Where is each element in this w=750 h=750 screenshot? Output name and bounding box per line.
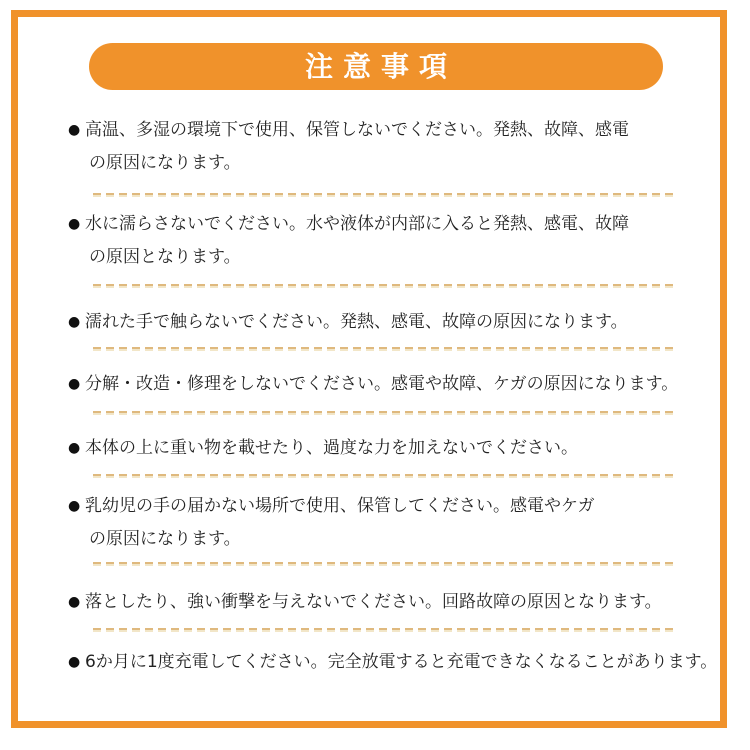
dashed-divider (93, 193, 675, 197)
caution-text-line-2: の原因になります。 (85, 523, 726, 556)
caution-item: ● 本体の上に重い物を載せたり、過度な力を加えないでください。 (68, 432, 726, 465)
dashed-divider (93, 474, 675, 478)
bullet-icon: ● (68, 586, 85, 619)
caution-item: ● 濡れた手で触らないでください。発熱、感電、故障の原因になります。 (68, 306, 726, 339)
page-title: 注意事項 (295, 53, 457, 81)
caution-item: ● 乳幼児の手の届かない場所で使用、保管してください。感電やケガ の原因になりま… (68, 490, 726, 556)
dashed-divider (93, 284, 675, 288)
caution-item: ● 6か月に1度充電してください。完全放電すると充電できなくなることがあります。 (68, 646, 726, 679)
caution-text-line-1: 乳幼児の手の届かない場所で使用、保管してください。感電やケガ (85, 490, 726, 523)
caution-text-line-2: の原因となります。 (85, 241, 726, 274)
caution-text-line-1: 落としたり、強い衝撃を与えないでください。回路故障の原因となります。 (85, 586, 726, 619)
bullet-icon: ● (68, 306, 85, 339)
caution-item: ● 落としたり、強い衝撃を与えないでください。回路故障の原因となります。 (68, 586, 726, 619)
bullet-icon: ● (68, 368, 85, 401)
dashed-divider (93, 562, 675, 566)
bullet-icon: ● (68, 114, 85, 147)
caution-text-line-1: 濡れた手で触らないでください。発熱、感電、故障の原因になります。 (85, 306, 726, 339)
caution-text-line-1: 6か月に1度充電してください。完全放電すると充電できなくなることがあります。 (85, 646, 726, 679)
caution-text-line-1: 高温、多湿の環境下で使用、保管しないでください。発熱、故障、感電 (85, 114, 726, 147)
caution-item: ● 分解・改造・修理をしないでください。感電や故障、ケガの原因になります。 (68, 368, 726, 401)
bullet-icon: ● (68, 432, 85, 465)
caution-text-line-2: の原因になります。 (85, 147, 726, 180)
dashed-divider (93, 628, 675, 632)
bullet-icon: ● (68, 490, 85, 523)
caution-item: ● 水に濡らさないでください。水や液体が内部に入ると発熱、感電、故障 の原因とな… (68, 208, 726, 274)
caution-text-line-1: 本体の上に重い物を載せたり、過度な力を加えないでください。 (85, 432, 726, 465)
caution-sheet: 注意事項 ● 高温、多湿の環境下で使用、保管しないでください。発熱、故障、感電 … (0, 0, 750, 750)
dashed-divider (93, 411, 675, 415)
caution-text-line-1: 分解・改造・修理をしないでください。感電や故障、ケガの原因になります。 (85, 368, 726, 401)
title-banner: 注意事項 (89, 43, 663, 90)
dashed-divider (93, 347, 675, 351)
bullet-icon: ● (68, 208, 85, 241)
caution-text-line-1: 水に濡らさないでください。水や液体が内部に入ると発熱、感電、故障 (85, 208, 726, 241)
bullet-icon: ● (68, 646, 85, 679)
caution-item: ● 高温、多湿の環境下で使用、保管しないでください。発熱、故障、感電 の原因にな… (68, 114, 726, 180)
